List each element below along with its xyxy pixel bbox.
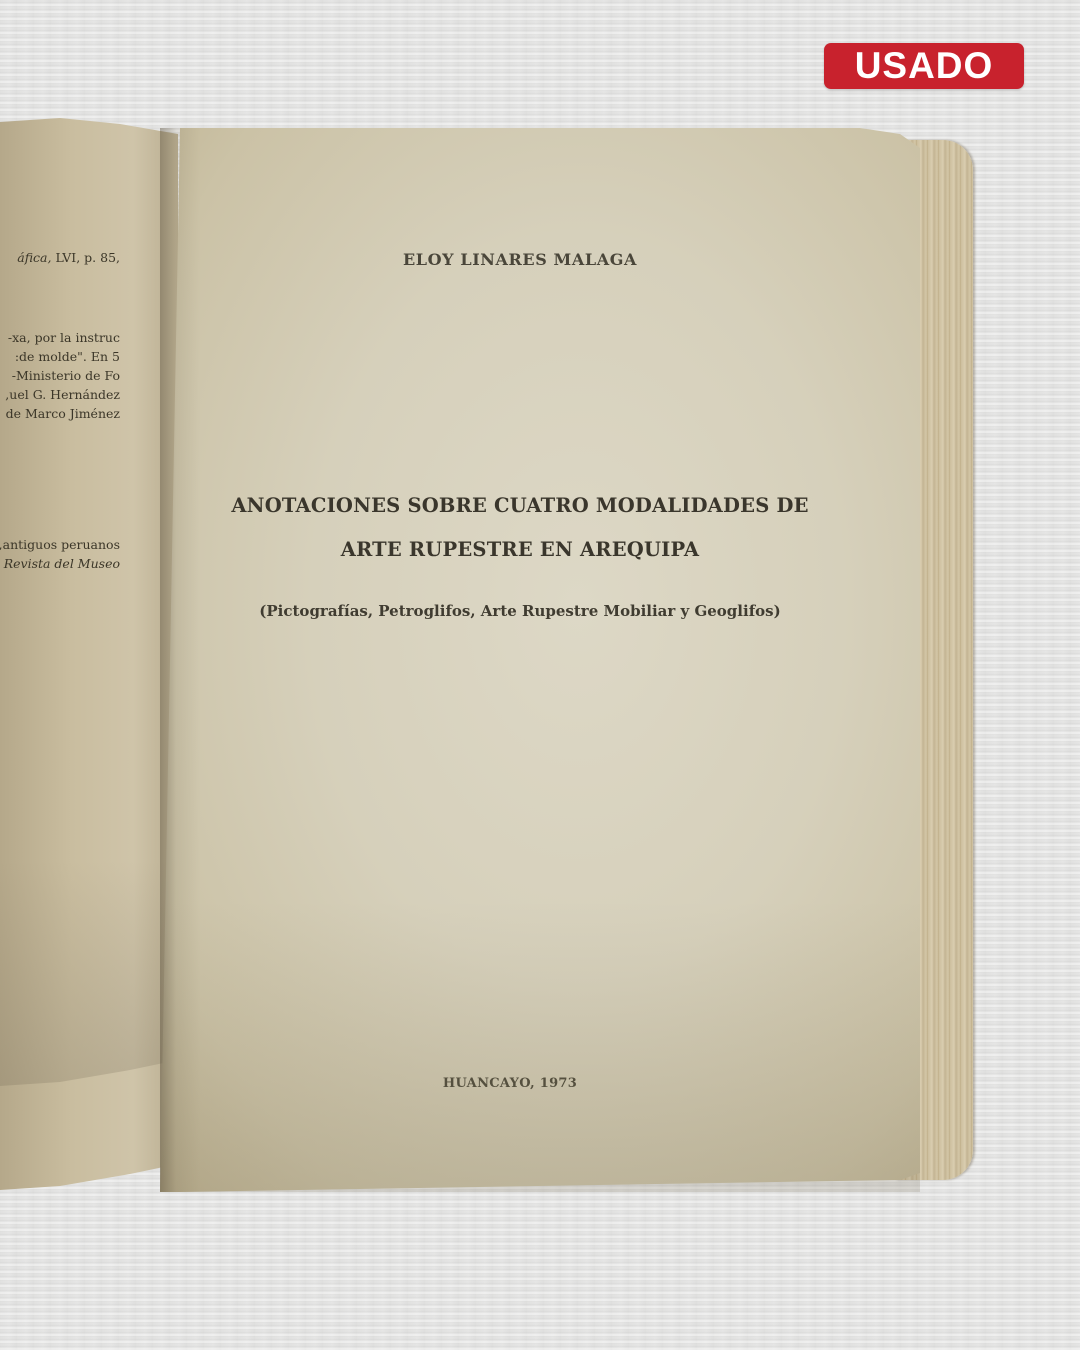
- right-page-shadow: [160, 900, 920, 1192]
- subtitle: (Pictografías, Petroglifos, Arte Rupestr…: [160, 602, 880, 620]
- left-page-fragment: áfica, LVI, p. 85,: [0, 248, 120, 267]
- title-line-2: ARTE RUPESTRE EN AREQUIPA: [160, 538, 880, 561]
- imprint: HUANCAYO, 1973: [440, 1076, 580, 1091]
- book-spine: [160, 128, 200, 1192]
- left-page-fragment: Ministerio de Fo-: [0, 366, 120, 385]
- author-name: ELOY LINARES MALAGA: [160, 250, 880, 269]
- left-page-fragment: antiguos peruanos,: [0, 535, 120, 554]
- left-page-fragment: Revista del Museo: [0, 554, 120, 573]
- used-badge: USADO: [824, 43, 1024, 89]
- open-book-photo: áfica, LVI, p. 85, xa, por la instruc- 5…: [0, 0, 1080, 1350]
- left-page-fragment: xa, por la instruc-: [0, 328, 120, 347]
- left-page-fragment: de Marco Jiménez: [0, 404, 120, 423]
- left-page-fragment: 5 de molde". En:: [0, 347, 120, 366]
- title-line-1: ANOTACIONES SOBRE CUATRO MODALIDADES DE: [160, 494, 880, 517]
- left-page-fragment: uel G. Hernández,: [0, 385, 120, 404]
